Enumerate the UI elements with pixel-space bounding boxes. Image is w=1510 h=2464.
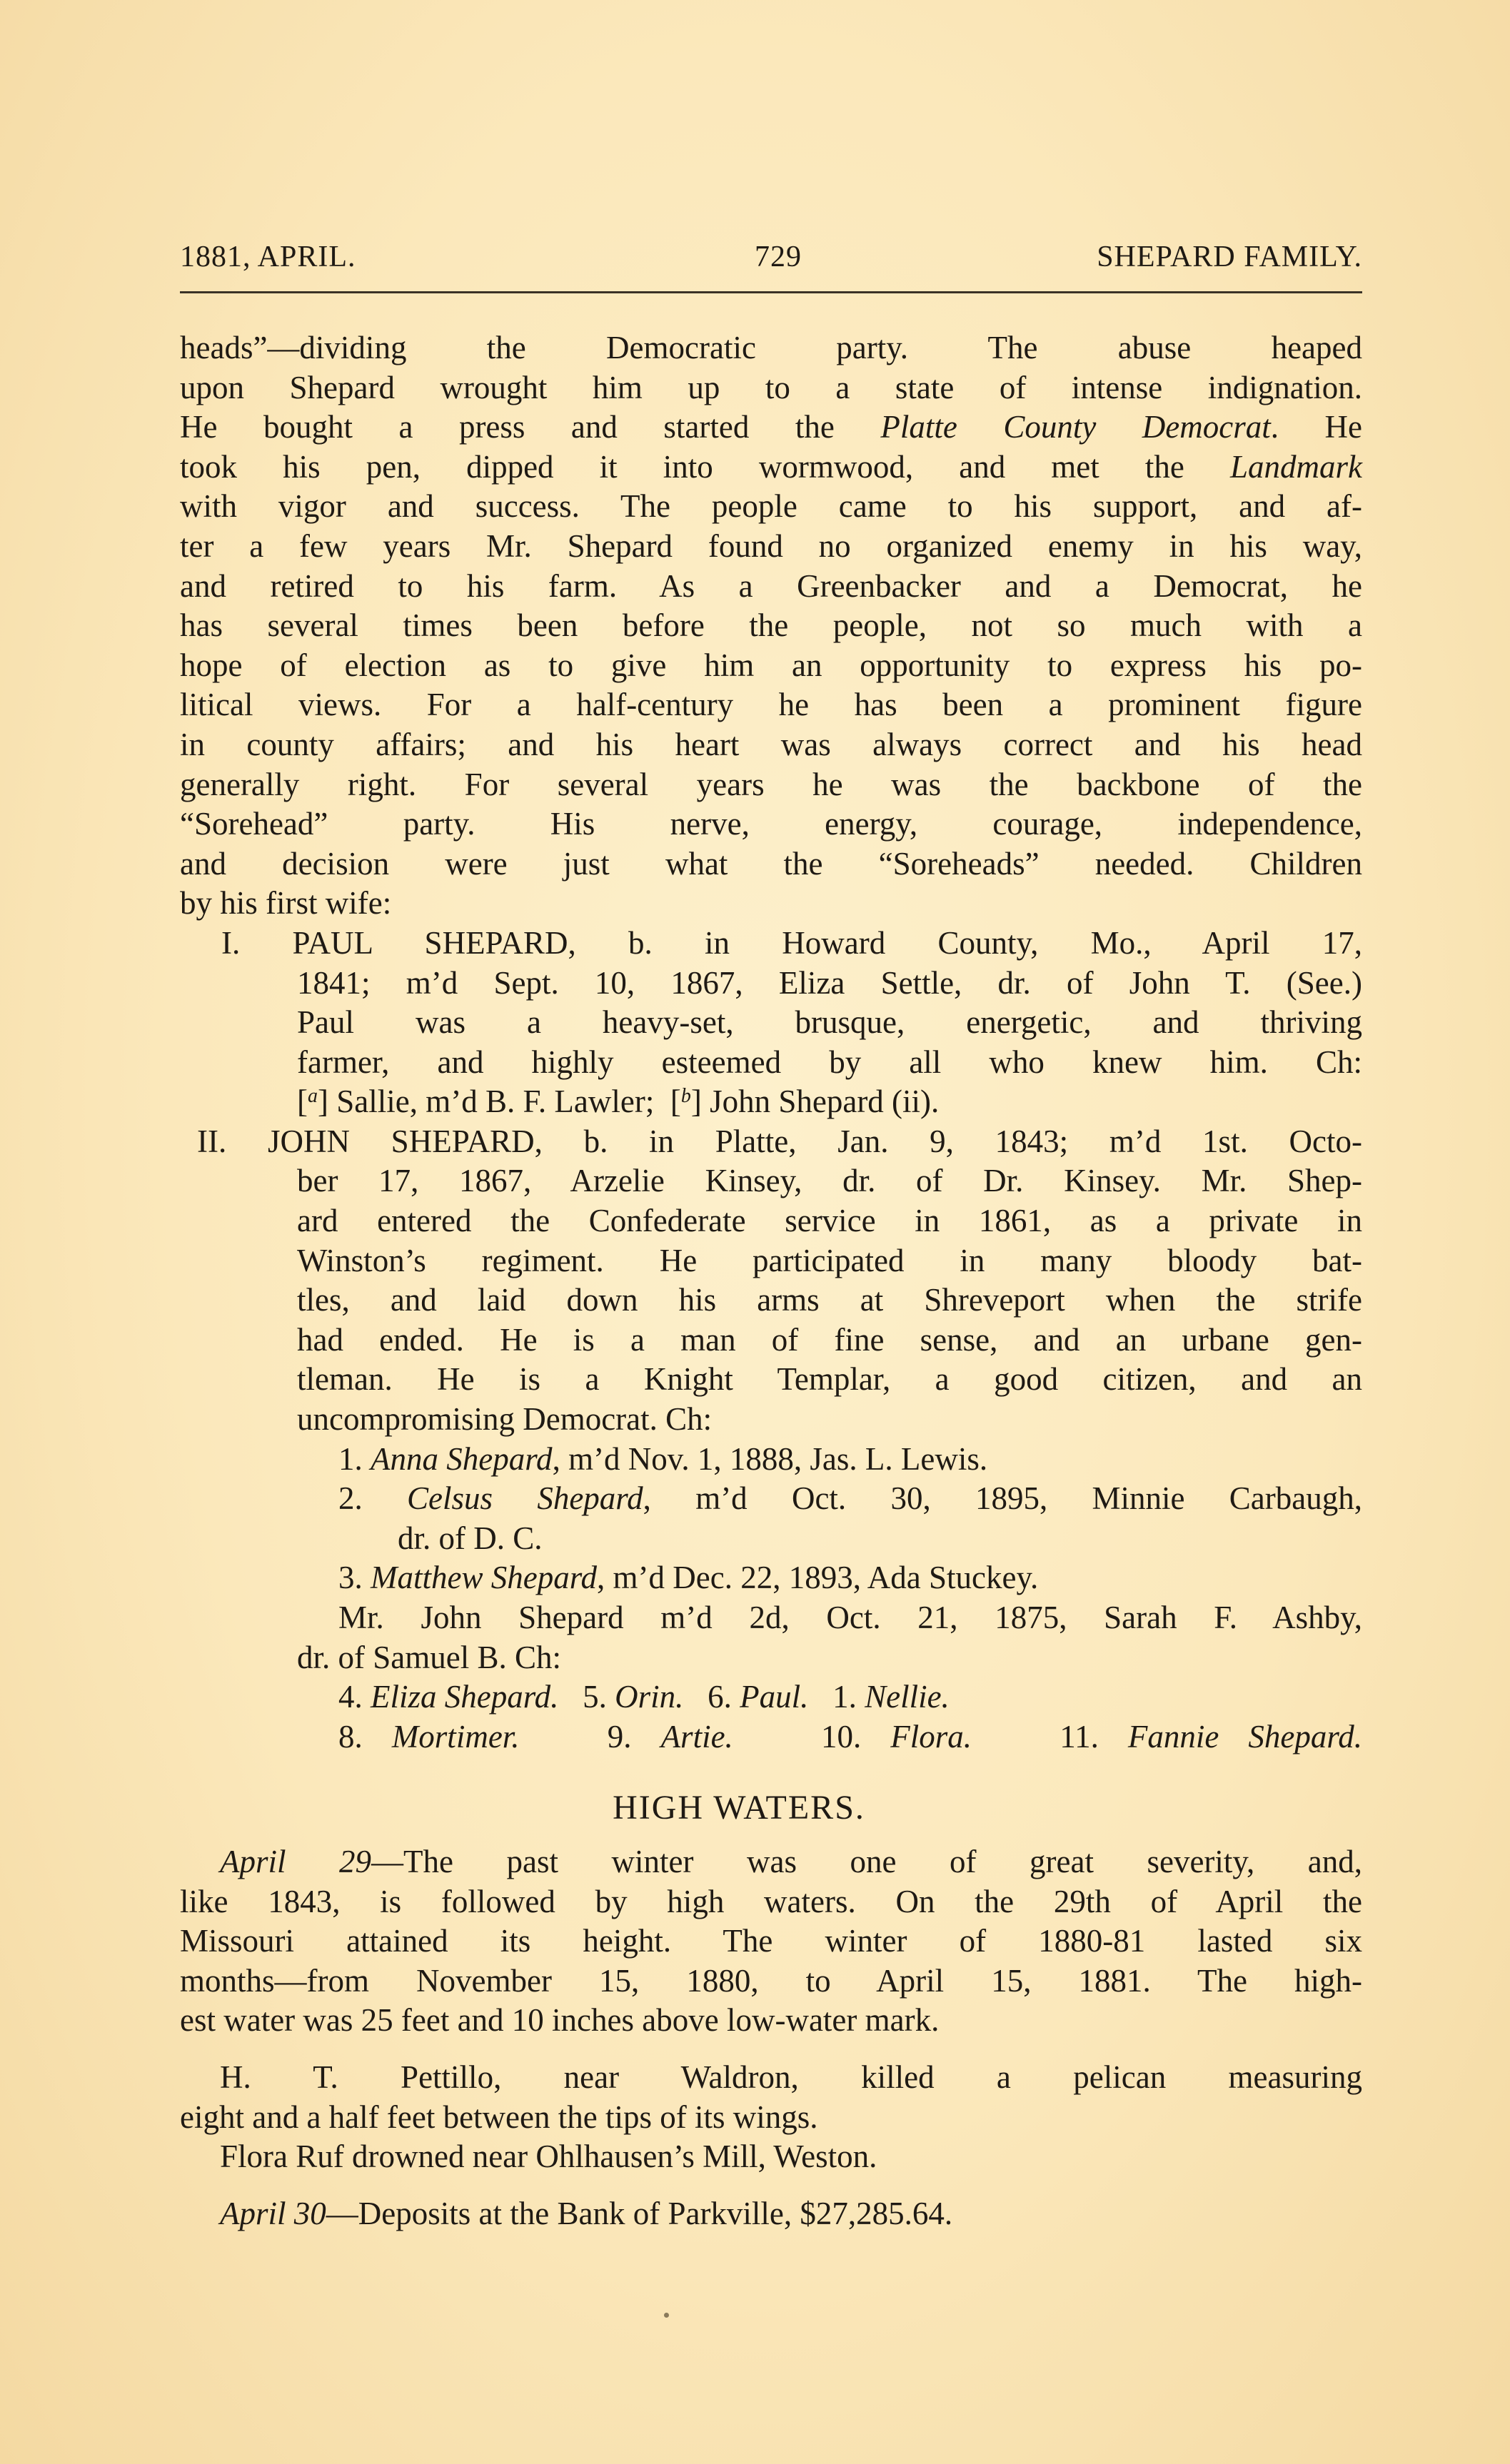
newspaper-title: Landmark: [1230, 449, 1362, 485]
text-line: farmer, and highly esteemed by all who k…: [180, 1043, 1362, 1083]
child-number: 10.: [821, 1719, 861, 1754]
text-line: months—from November 15, 1880, to April …: [180, 1961, 1362, 2001]
entry-numeral: II.: [197, 1124, 226, 1159]
drowning-entry: Flora Ruf drowned near Ohlhausen’s Mill,…: [180, 2137, 1362, 2177]
child-number: 3.: [338, 1560, 363, 1595]
entry-paul-shepard: I. PAUL SHEPARD, b. in Howard County, Mo…: [180, 924, 1362, 1122]
child-number: 9.: [608, 1719, 632, 1754]
text-line: Missouri attained its height. The winter…: [180, 1922, 1362, 1961]
page-number: 729: [755, 236, 802, 278]
text-line: H. T. Pettillo, near Waldron, killed a p…: [180, 2058, 1362, 2098]
text-line: had ended. He is a man of fine sense, an…: [180, 1321, 1362, 1360]
text-line: est water was 25 feet and 10 inches abov…: [180, 2001, 1362, 2041]
intro-paragraph: heads”—dividing the Democratic party. Th…: [180, 328, 1362, 924]
text-fragment: Sallie, m’d B. F. Lawler;: [336, 1084, 654, 1119]
text-line: and decision were just what the “Sorehea…: [180, 844, 1362, 884]
running-header: 1881, APRIL. 729 SHEPARD FAMILY.: [180, 236, 1362, 278]
text-line: tleman. He is a Knight Templar, a good c…: [180, 1360, 1362, 1400]
text-line: ard entered the Confederate service in 1…: [180, 1201, 1362, 1241]
text-line: tles, and laid down his arms at Shrevepo…: [180, 1281, 1362, 1321]
child-name: Anna Shepard: [371, 1441, 553, 1477]
header-rule: [180, 291, 1362, 293]
child-number: 4.: [338, 1679, 363, 1715]
child-entry: 2. Celsus Shepard, m’d Oct. 30, 1895, Mi…: [180, 1479, 1362, 1519]
high-waters-entry: April 29—The past winter was one of grea…: [180, 1842, 1362, 2041]
child-name: Fannie Shepard.: [1128, 1719, 1362, 1754]
text-line: and retired to his farm. As a Greenbacke…: [180, 567, 1362, 607]
text-fragment: —The past winter was one of great severi…: [371, 1844, 1362, 1879]
pelican-entry: H. T. Pettillo, near Waldron, killed a p…: [180, 2058, 1362, 2137]
child-number: 5.: [583, 1679, 607, 1715]
child-name: Flora.: [890, 1719, 972, 1754]
text-line: litical views. For a half-century he has…: [180, 685, 1362, 725]
entry-john-shepard: II. JOHN SHEPARD, b. in Platte, Jan. 9, …: [180, 1122, 1362, 1757]
text-line: with vigor and success. The people came …: [180, 487, 1362, 527]
text-line: uncompromising Democrat. Ch:: [180, 1400, 1362, 1440]
child-number: 2.: [338, 1480, 363, 1516]
footnote-marker: a: [308, 1085, 318, 1107]
text-line: hope of election as to give him an oppor…: [180, 646, 1362, 686]
child-name: Paul.: [740, 1679, 808, 1715]
newspaper-title: Platte County Democrat: [880, 409, 1270, 445]
text-fragment: , m’d Nov. 1, 1888, Jas. L. Lewis.: [553, 1441, 988, 1477]
text-line: dr. of Samuel B. Ch:: [180, 1638, 1362, 1678]
child-name: Matthew Shepard: [371, 1560, 597, 1595]
text-line: Winston’s regiment. He participated in m…: [180, 1241, 1362, 1281]
text-fragment: , m’d Oct. 30, 1895, Minnie Carbaugh,: [643, 1480, 1362, 1516]
child-name: Celsus Shepard: [407, 1480, 643, 1516]
text-line: like 1843, is followed by high waters. O…: [180, 1882, 1362, 1922]
text-line: ber 17, 1867, Arzelie Kinsey, dr. of Dr.…: [180, 1161, 1362, 1201]
child-name: Eliza Shepard.: [371, 1679, 558, 1715]
spacer: [180, 2041, 1362, 2058]
header-date: 1881, APRIL.: [180, 236, 356, 278]
footnote-marker: b: [681, 1085, 691, 1107]
text-line: by his first wife:: [180, 884, 1362, 924]
children-list-line: 8. Mortimer. 9. Artie. 10. Flora. 11. Fa…: [180, 1717, 1362, 1757]
text-fragment: , m’d Dec. 22, 1893, Ada Stuckey.: [597, 1560, 1038, 1595]
child-name: Mortimer.: [392, 1719, 520, 1754]
body-text: heads”—dividing the Democratic party. Th…: [180, 328, 1362, 2233]
text-line: took his pen, dipped it into wormwood, a…: [180, 448, 1362, 488]
child-number: 11.: [1059, 1719, 1099, 1754]
text-line: heads”—dividing the Democratic party. Th…: [180, 328, 1362, 368]
text-line: Mr. John Shepard m’d 2d, Oct. 21, 1875, …: [180, 1598, 1362, 1638]
entry-date: April 29: [220, 1844, 371, 1879]
child-number: 1.: [338, 1441, 363, 1477]
text-fragment: John Shepard (ii).: [710, 1084, 939, 1119]
child-number: 6.: [708, 1679, 732, 1715]
children-list-line: 4. Eliza Shepard. 5. Orin. 6. Paul. 1. N…: [180, 1677, 1362, 1717]
text-fragment: took his pen, dipped it into wormwood, a…: [180, 449, 1230, 485]
entry-numeral: I.: [221, 925, 240, 961]
text-line: [a] Sallie, m’d B. F. Lawler; [b] John S…: [180, 1082, 1362, 1122]
text-line: II. JOHN SHEPARD, b. in Platte, Jan. 9, …: [180, 1122, 1362, 1162]
entry-date: April 30: [220, 2196, 326, 2231]
text-fragment: He bought a press and started the: [180, 409, 880, 445]
paper-speck: [664, 2313, 669, 2318]
text-fragment: PAUL SHEPARD, b. in Howard County, Mo., …: [293, 925, 1362, 961]
text-line: has several times been before the people…: [180, 606, 1362, 646]
text-line: April 29—The past winter was one of grea…: [180, 1842, 1362, 1882]
text-line: ter a few years Mr. Shepard found no org…: [180, 527, 1362, 567]
text-fragment: . He: [1271, 409, 1362, 445]
child-entry: 3. Matthew Shepard, m’d Dec. 22, 1893, A…: [180, 1558, 1362, 1598]
child-number: 1.: [832, 1679, 857, 1715]
text-line: in county affairs; and his heart was alw…: [180, 725, 1362, 765]
text-line: upon Shepard wrought him up to a state o…: [180, 368, 1362, 408]
spacer: [180, 2177, 1362, 2194]
text-fragment: JOHN SHEPARD, b. in Platte, Jan. 9, 1843…: [268, 1124, 1362, 1159]
text-line: He bought a press and started the Platte…: [180, 408, 1362, 448]
text-line: Paul was a heavy-set, brusque, energetic…: [180, 1003, 1362, 1043]
text-line: dr. of D. C.: [180, 1519, 1362, 1559]
text-line: Flora Ruf drowned near Ohlhausen’s Mill,…: [180, 2137, 1362, 2177]
child-number: 8.: [338, 1719, 363, 1754]
bank-deposit-entry: April 30—Deposits at the Bank of Parkvil…: [180, 2194, 1362, 2234]
header-family-title: SHEPARD FAMILY.: [1097, 236, 1362, 278]
child-name: Nellie.: [865, 1679, 950, 1715]
text-line: I. PAUL SHEPARD, b. in Howard County, Mo…: [180, 924, 1362, 964]
child-entry: 1. Anna Shepard, m’d Nov. 1, 1888, Jas. …: [180, 1440, 1362, 1480]
text-line: eight and a half feet between the tips o…: [180, 2098, 1362, 2138]
text-line: April 30—Deposits at the Bank of Parkvil…: [180, 2194, 1362, 2234]
book-page: 1881, APRIL. 729 SHEPARD FAMILY. heads”—…: [180, 236, 1362, 278]
text-fragment: —Deposits at the Bank of Parkville, $27,…: [326, 2196, 952, 2231]
text-line: “Sorehead” party. His nerve, energy, cou…: [180, 804, 1362, 844]
section-heading: HIGH WATERS.: [180, 1788, 1362, 1828]
text-line: 1841; m’d Sept. 10, 1867, Eliza Settle, …: [180, 964, 1362, 1004]
text-line: generally right. For several years he wa…: [180, 765, 1362, 805]
child-name: Orin.: [615, 1679, 683, 1715]
child-name: Artie.: [661, 1719, 733, 1754]
